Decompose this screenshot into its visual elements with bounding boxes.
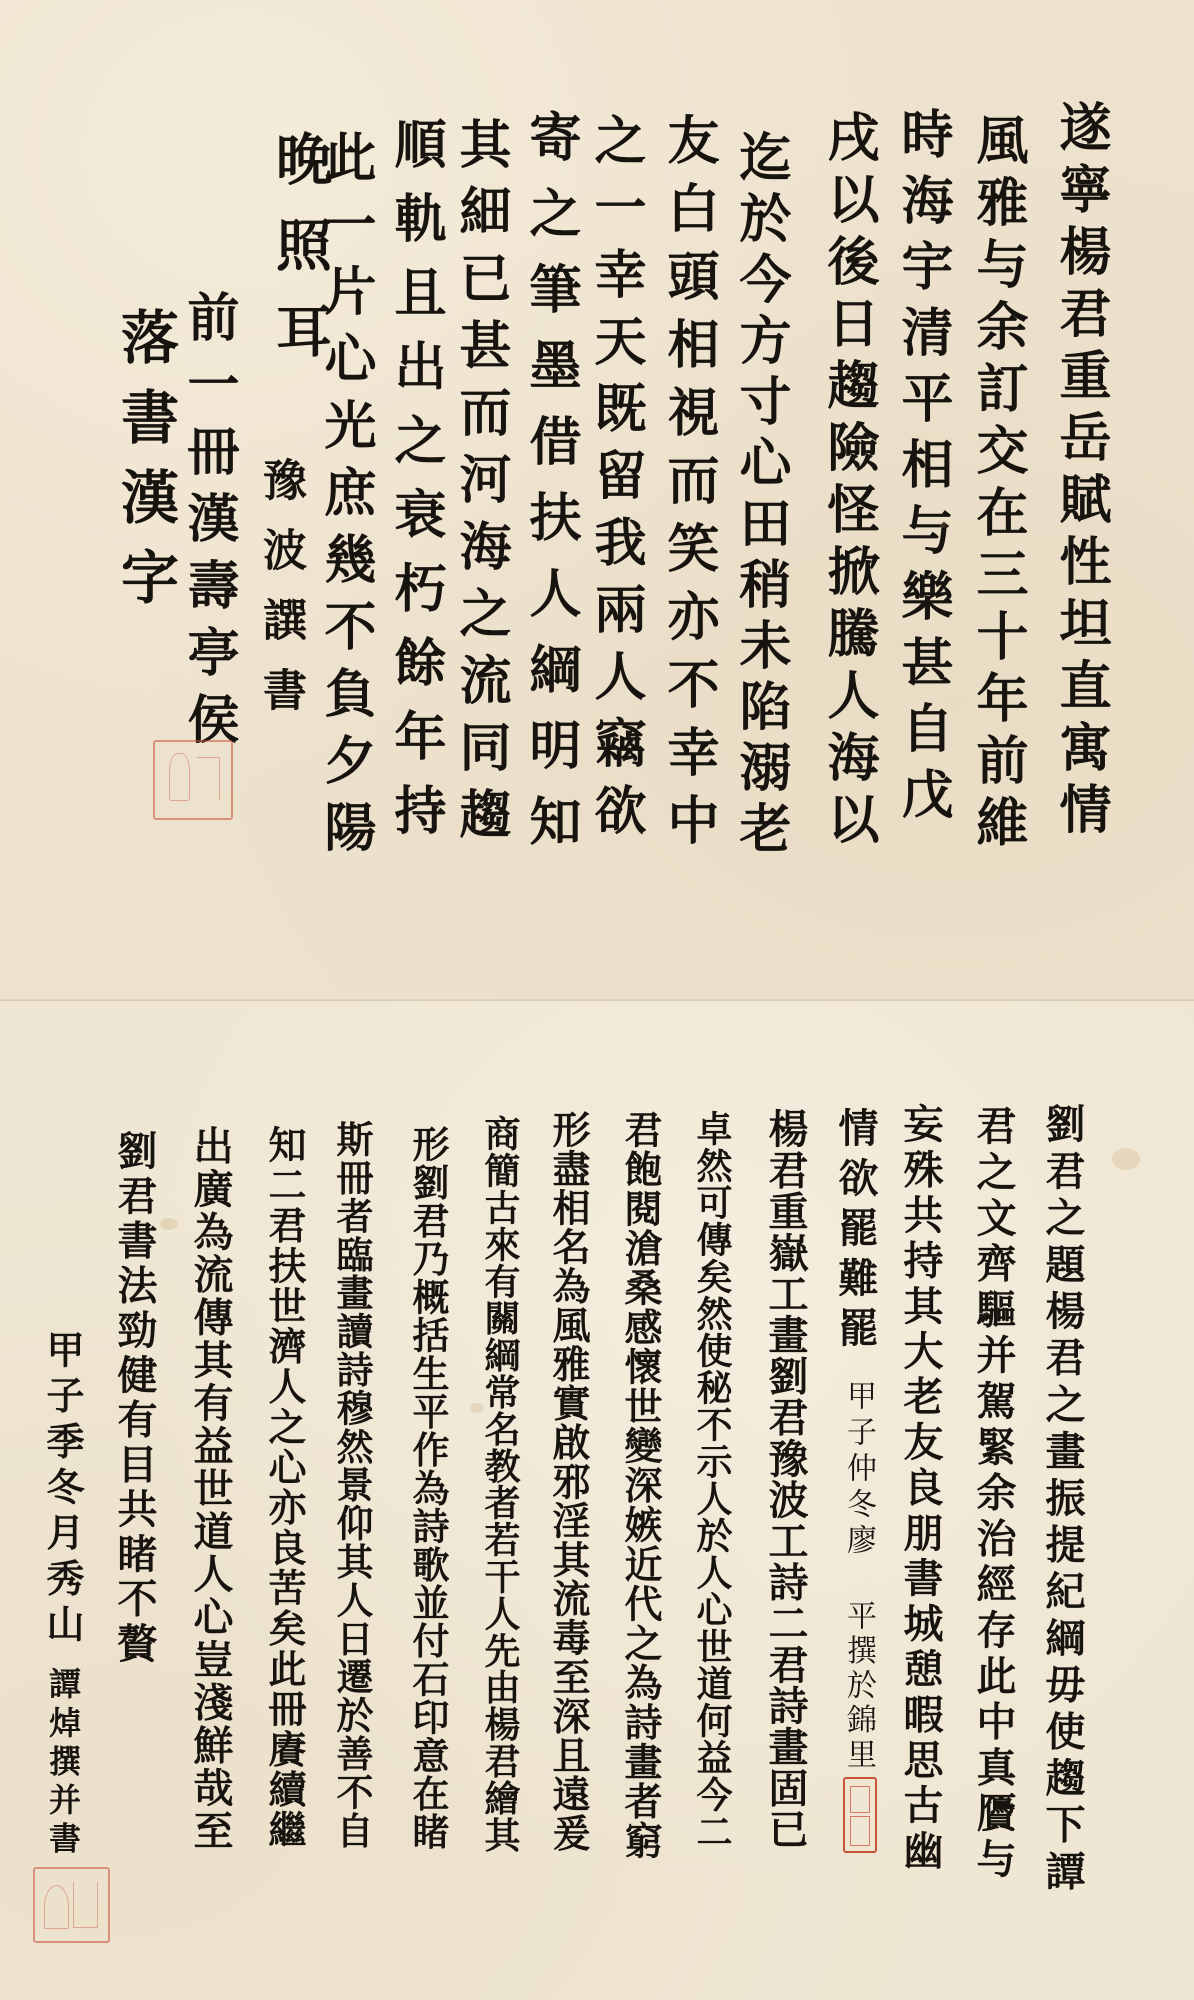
seal-stamp-tan	[33, 1867, 110, 1943]
liao-column-4: 情欲罷難罷	[835, 1107, 875, 1357]
liao-date: 甲子仲冬廖	[843, 1380, 873, 1560]
tan-column-7: 斯冊者臨畫讀詩穆然景仰其人日遷於善不自	[333, 1120, 370, 1850]
liao-signature: 平撰於錦里	[843, 1600, 873, 1773]
liao-column-3: 妄殊共持其大老友良朋書城憩暇思古幽	[900, 1103, 940, 1875]
tan-column-8: 知二君扶世濟人之心亦良苦矣此冊賡續繼	[265, 1125, 303, 1850]
tan-column-5: 商簡古來有關綱常名教者若干人先由楊君繪其	[482, 1115, 518, 1853]
tan-column-6: 形劉君乃概括生平作為詩歌並付石印意在睹	[409, 1125, 446, 1851]
paper-stain	[1112, 1148, 1140, 1170]
seal-stamp-liao	[843, 1777, 877, 1853]
liao-column-1: 劉君之題楊君之畫振提紀綱毋使趨下譚	[1042, 1103, 1082, 1897]
tan-column-9: 出廣為流傳其有益世道人心豈淺鮮哉至	[190, 1125, 230, 1853]
tan-signature: 譚焯撰并書	[47, 1667, 79, 1860]
tan-column-1: 楊君重嶽工畫劉君豫波工詩二君詩畫固已	[765, 1108, 805, 1850]
liao-column-2: 君之文齊驅并駕緊余治經存此中真贗与	[973, 1105, 1013, 1884]
tan-column-3: 君飽閱滄桑感懷世變深嫉近代之為詩畫者窮	[621, 1110, 659, 1861]
paper-stain	[160, 1218, 178, 1230]
tan-column-4: 形盡相名為風雅實啟邪淫其流毒至深且遠爰	[549, 1110, 587, 1853]
tan-column-10: 劉君書法勁健有目共睹不贅	[114, 1130, 154, 1667]
tan-column-2: 卓然可傳矣然使秘不示人於人心世道何益今二	[694, 1110, 730, 1850]
paper-stain	[470, 1403, 484, 1413]
tan-date: 甲子季冬月秀山	[43, 1330, 81, 1650]
